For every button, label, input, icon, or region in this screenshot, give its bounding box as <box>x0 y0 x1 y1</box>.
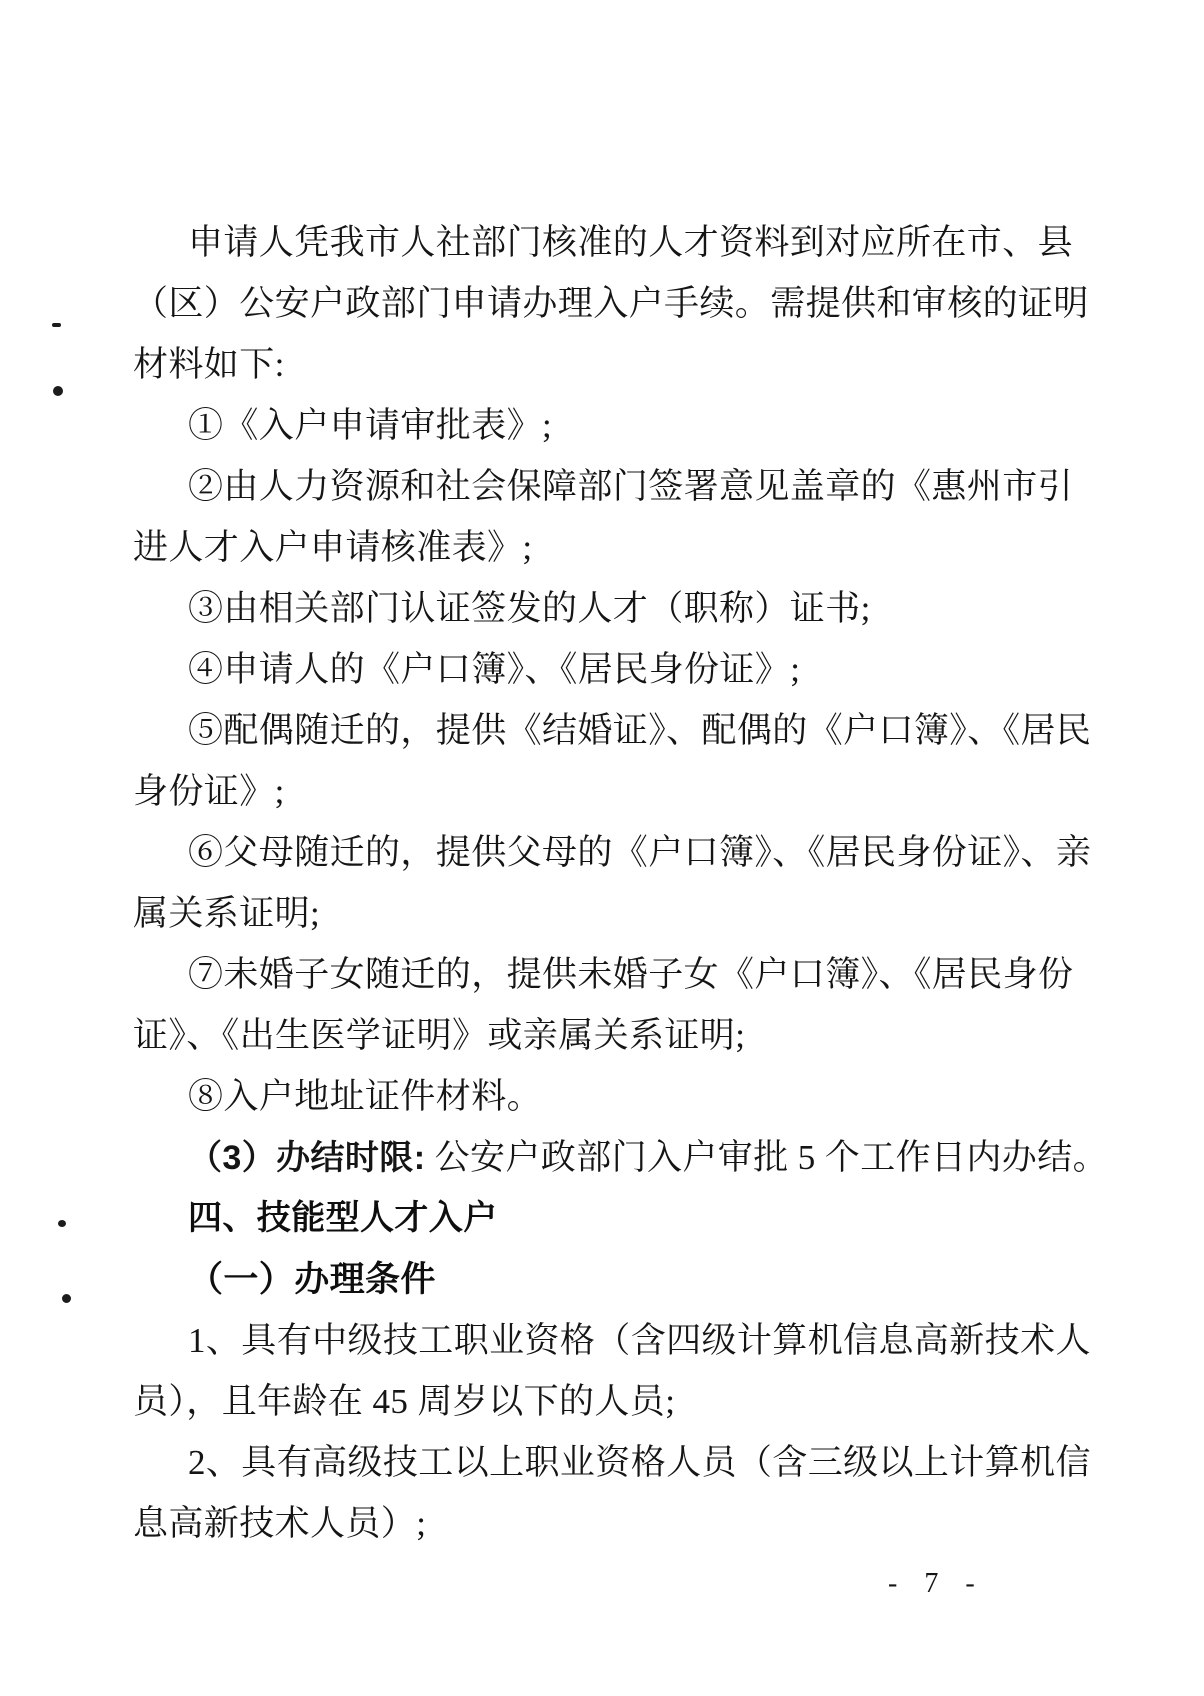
text-line: （区）公安户政部门申请办理入户手续。需提供和审核的证明 <box>133 273 1085 334</box>
text-line: ②由人力资源和社会保障部门签署意见盖章的《惠州市引 <box>133 456 1085 517</box>
text-line: ⑥父母随迁的，提供父母的《户口簿》、《居民身份证》、亲 <box>133 822 1085 883</box>
page-number: - 7 - <box>888 1568 1038 1600</box>
text-line: ④申请人的《户口簿》、《居民身份证》; <box>133 639 1085 700</box>
subsection-heading: （一）办理条件 <box>133 1249 1085 1310</box>
deadline-line: （3）办结时限: 公安户政部门入户审批 5 个工作日内办结。 <box>133 1127 1085 1188</box>
text-line: ⑤配偶随迁的，提供《结婚证》、配偶的《户口簿》、《居民 <box>133 700 1085 761</box>
text-line: ③由相关部门认证签发的人才（职称）证书; <box>133 578 1085 639</box>
section-heading: 四、技能型人才入户 <box>133 1188 1085 1249</box>
document-page: 申请人凭我市人社部门核准的人才资料到对应所在市、县（区）公安户政部门申请办理入户… <box>0 0 1204 1696</box>
text-line: ①《入户申请审批表》; <box>133 395 1085 456</box>
scan-speck <box>52 323 61 327</box>
scan-speck <box>53 386 63 396</box>
scan-speck <box>58 1220 66 1227</box>
inline-heading-label: （3）办结时限: <box>188 1139 425 1177</box>
text-line: 证》、《出生医学证明》或亲属关系证明; <box>133 1005 1085 1066</box>
text-line: 息高新技术人员）; <box>133 1493 1085 1554</box>
text-line: 员），且年龄在 45 周岁以下的人员; <box>133 1371 1085 1432</box>
text-line: 申请人凭我市人社部门核准的人才资料到对应所在市、县 <box>133 212 1085 273</box>
text-line: 1、具有中级技工职业资格（含四级计算机信息高新技术人 <box>133 1310 1085 1371</box>
text-line: 属关系证明; <box>133 883 1085 944</box>
text-line: 2、具有高级技工以上职业资格人员（含三级以上计算机信 <box>133 1432 1085 1493</box>
text-line: ⑦未婚子女随迁的，提供未婚子女《户口簿》、《居民身份 <box>133 944 1085 1005</box>
text-line: 身份证》; <box>133 761 1085 822</box>
text-line: ⑧入户地址证件材料。 <box>133 1066 1085 1127</box>
text-line: 进人才入户申请核准表》; <box>133 517 1085 578</box>
text-line: 材料如下: <box>133 334 1085 395</box>
scan-speck <box>62 1294 71 1303</box>
document-body: 申请人凭我市人社部门核准的人才资料到对应所在市、县（区）公安户政部门申请办理入户… <box>133 212 1085 1554</box>
